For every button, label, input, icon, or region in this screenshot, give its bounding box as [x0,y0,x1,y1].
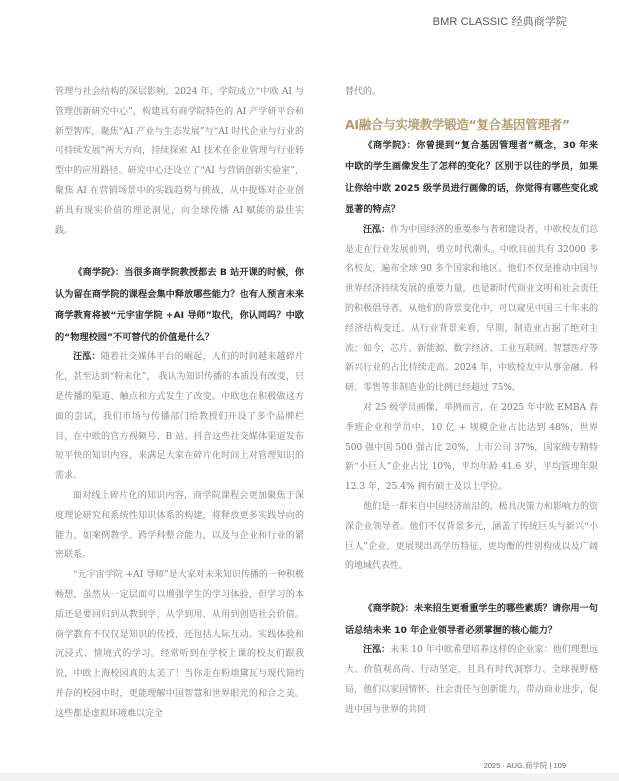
interview-question: 《商学院》：未来招生更看重学生的哪些素质？请你用一句话总结未来 10 年企业领导… [345,598,598,641]
body-paragraph: 他们是一群来自中国经济前沿的、极具决策力和影响力的资深企业领导者。他们不仅背景多… [345,498,598,577]
running-header: BMR CLASSIC 经典商学院 [433,13,567,29]
answer-paragraph: 汪泓：随着社交媒体平台的崛起，人们的时间越来越碎片化，甚至达到“粉末化”， 我认… [55,348,304,487]
body-paragraph: 管理与社会结构的深层影响。2024 年，学院成立“中欧 AI 与管理创新研究中心… [55,83,304,241]
body-paragraph: 对 25 级学员画像，举例而言，在 2025 年中欧 EMBA 春季班企业和学员… [345,399,598,498]
section-title: AI融合与实境教学锻造“复合基因管理者” [345,115,598,135]
speaker-label: 汪泓： [363,225,390,235]
spacer [55,241,304,262]
answer-paragraph: 汪泓：作为中国经济的重要参与者和建设者，中欧校友们总是走在行业发展前列，勇立时代… [345,221,598,399]
body-paragraph: 替代的。 [345,83,598,103]
right-column: 替代的。 AI融合与实境教学锻造“复合基因管理者” 《商学院》：你曾提到“复合基… [345,83,598,720]
answer-text: 随着社交媒体平台的崛起，人们的时间越来越碎片化，甚至达到“粉末化”， 我认为知识… [55,352,304,481]
left-column: 管理与社会结构的深层影响。2024 年，学院成立“中欧 AI 与管理创新研究中心… [55,83,304,725]
answer-paragraph: 汪泓：未来 10 年中欧希望培养这样的企业家：他们理想远大、价值观高尚、行动坚定… [345,641,598,720]
magazine-page: BMR CLASSIC 经典商学院 管理与社会结构的深层影响。2024 年，学院… [0,0,619,773]
answer-text: 未来 10 年中欧希望培养这样的企业家：他们理想远大、价值观高尚、行动坚定，且具… [345,645,598,714]
body-paragraph: 面对线上碎片化的知识内容，商学院课程会更加聚焦于深度理论研究和系统性知识体系的构… [55,487,304,566]
interview-question: 《商学院》：你曾提到“复合基因管理者”概念，30 年来中欧的学生画像发生了怎样的… [345,135,598,221]
answer-text: 作为中国经济的重要参与者和建设者，中欧校友们总是走在行业发展前列，勇立时代潮头。… [345,225,598,393]
body-paragraph: “元宇宙学院 +AI 导师”是大家对未来知识传播的一种积极畅想，虽然从一定层面可… [55,566,304,724]
speaker-label: 汪泓： [363,645,390,655]
page-folio: 2025 · AUG.商学院 | 109 [484,760,566,771]
spacer [345,103,598,113]
interview-question: 《商学院》：当很多商学院教授都去 B 站开课的时候，你认为留在商学院的课程会集中… [55,262,304,348]
spacer [345,577,598,598]
speaker-label: 汪泓： [73,352,101,362]
